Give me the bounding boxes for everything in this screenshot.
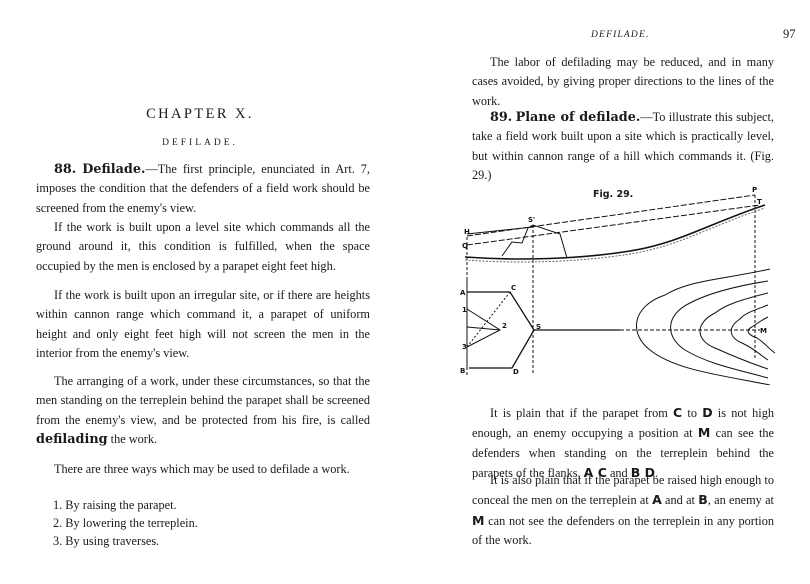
label-D: D [513,368,519,376]
label-1: 1 [462,306,467,314]
running-head: DEFILADE. [591,30,650,40]
label-Q: Q [462,242,468,250]
list-item-lowering: 2. By lowering the terreplein. [53,516,198,531]
figure-29-diagram: H Q S' P T A C 1 2 S 3 B D M [460,185,810,385]
label-P: P [752,186,757,194]
paragraph-level-site: If the work is built upon a level site w… [36,218,370,276]
label-S: S [536,323,541,331]
label-S-prime: S' [528,216,535,224]
section-88-title: Defilade. [82,162,145,177]
label-3: 3 [462,343,467,351]
section-88-paragraph: 88. Defilade.—The first principle, enunc… [36,160,370,218]
label-B: B [460,367,465,375]
list-item-traverses: 3. By using traverses. [53,534,159,549]
chapter-heading: CHAPTER X. [0,106,400,123]
label-H: H [464,228,470,236]
chapter-subtitle: DEFILADE. [0,138,400,148]
label-C: C [511,284,516,292]
page-number: 97 [783,27,796,42]
label-A: A [460,289,466,297]
section-89-paragraph: 89. Plane of defilade.—To illustrate thi… [472,108,774,185]
label-2: 2 [502,322,507,330]
paragraph-three-ways: There are three ways which may be used t… [36,460,370,479]
paragraph-also: It is also plain that if the parapet be … [472,471,774,550]
paragraph-arranging: The arranging of a work, under these cir… [36,372,370,449]
paragraph-labor: The labor of defilading may be reduced, … [472,53,774,111]
section-88-number: 88. [54,162,76,177]
section-89-title: Plane of defilade. [516,110,641,125]
list-item-raising: 1. By raising the parapet. [53,498,177,513]
label-T: T [757,198,762,206]
label-M: M [760,327,767,335]
section-89-number: 89. [490,110,512,125]
left-page: CHAPTER X. DEFILADE. 88. Defilade.—The f… [0,0,400,584]
term-defilading: defilading [36,432,108,447]
paragraph-irregular-site: If the work is built upon an irregular s… [36,286,370,363]
